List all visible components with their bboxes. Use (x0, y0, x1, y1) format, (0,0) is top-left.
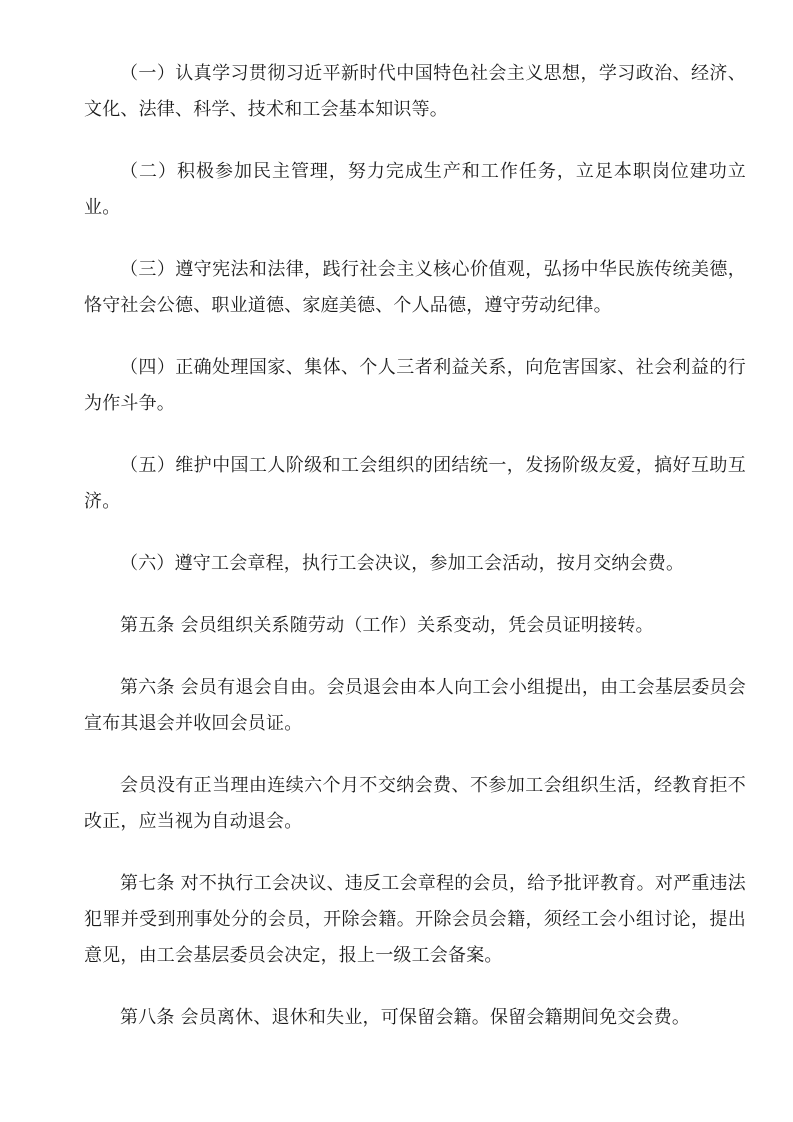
paragraph-duty-2: （二）积极参加民主管理，努力完成生产和工作任务，立足本职岗位建功立业。 (84, 154, 746, 226)
paragraph-duty-6: （六）遵守工会章程，执行工会决议，参加工会活动，按月交纳会费。 (84, 546, 746, 582)
paragraph-duty-1: （一）认真学习贯彻习近平新时代中国特色社会主义思想，学习政治、经济、文化、法律、… (84, 56, 746, 128)
paragraph-duty-5: （五）维护中国工人阶级和工会组织的团结统一，发扬阶级友爱，搞好互助互济。 (84, 448, 746, 520)
paragraph-duty-3: （三）遵守宪法和法律，践行社会主义核心价值观，弘扬中华民族传统美德，恪守社会公德… (84, 252, 746, 324)
paragraph-article-5: 第五条 会员组织关系随劳动（工作）关系变动，凭会员证明接转。 (84, 608, 746, 644)
paragraph-article-7: 第七条 对不执行工会决议、违反工会章程的会员，给予批评教育。对严重违法犯罪并受到… (84, 866, 746, 974)
paragraph-article-6-continued: 会员没有正当理由连续六个月不交纳会费、不参加工会组织生活，经教育拒不改正，应当视… (84, 768, 746, 840)
paragraph-duty-4: （四）正确处理国家、集体、个人三者利益关系，向危害国家、社会利益的行为作斗争。 (84, 350, 746, 422)
paragraph-article-8: 第八条 会员离休、退休和失业，可保留会籍。保留会籍期间免交会费。 (84, 1000, 746, 1036)
document-page: （一）认真学习贯彻习近平新时代中国特色社会主义思想，学习政治、经济、文化、法律、… (84, 56, 746, 1062)
paragraph-article-6: 第六条 会员有退会自由。会员退会由本人向工会小组提出，由工会基层委员会宣布其退会… (84, 670, 746, 742)
